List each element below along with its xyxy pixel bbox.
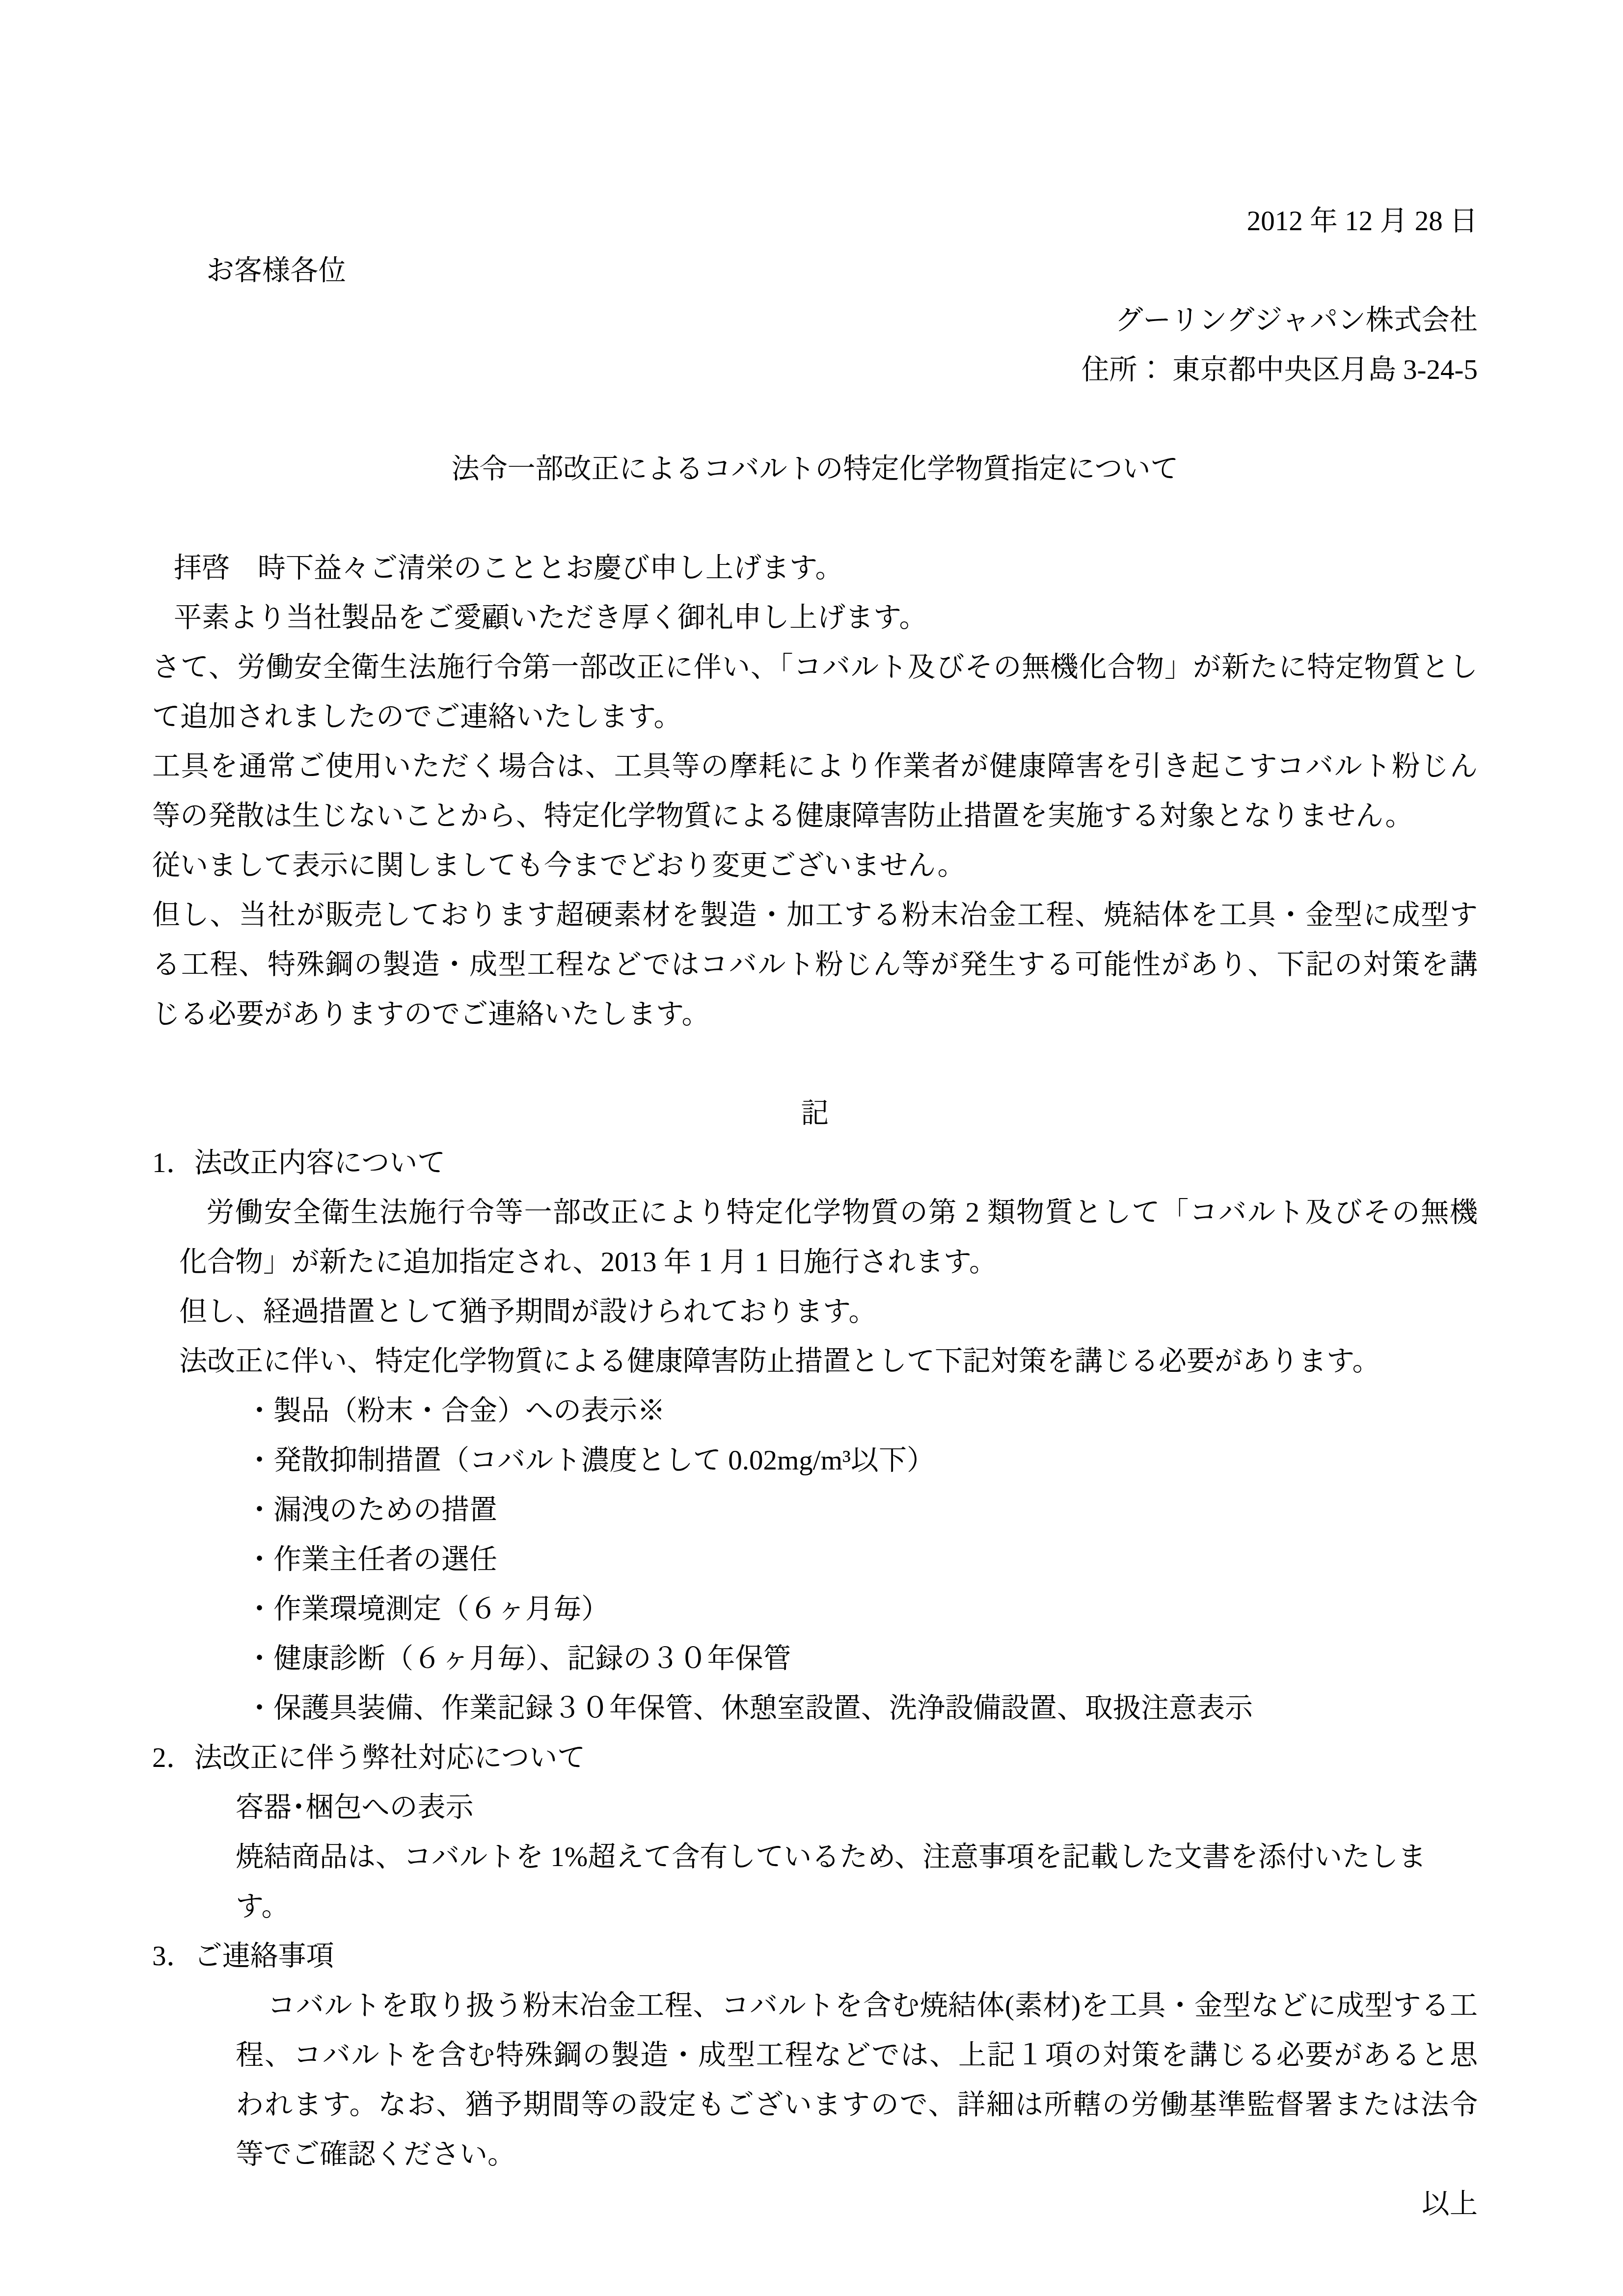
blank-line [152,395,1478,444]
section-3-line: 程、コバルトを含む特殊鋼の製造・成型工程などでは、上記１項の対策を講じる必要があ… [152,2030,1478,2080]
body-line: じる必要がありますのでご連絡いたします。 [152,989,1478,1039]
body-line: る工程、特殊鋼の製造・成型工程などではコバルト粉じん等が発生する可能性があり、下… [152,940,1478,989]
bullet-item: ・製品（粉末・合金）への表示※ [152,1386,1478,1436]
body-line: て追加されましたのでご連絡いたします。 [152,692,1478,742]
body-line: さて、労働安全衛生法施行令第一部改正に伴い、「コバルト及びその無機化合物」が新た… [152,642,1478,692]
greeting-line: 拝啓 時下益々ご清栄のこととお慶び申し上げます。 [152,543,1478,593]
blank-line [152,494,1478,543]
section-1-line: 法改正に伴い、特定化学物質による健康障害防止措置として下記対策を講じる必要があり… [152,1336,1478,1386]
body-line: 等の発散は生じないことから、特定化学物質による健康障害防止措置を実施する対象とな… [152,791,1478,841]
section-3-line: コバルトを取り扱う粉末冶金工程、コバルトを含む焼結体(素材)を工具・金型などに成… [152,1981,1478,2030]
sender-address: 住所： 東京都中央区月島 3-24-5 [152,345,1478,395]
record-marker: 記 [152,1089,1478,1138]
body-line: 従いまして表示に関しましても今までどおり変更ございません。 [152,841,1478,890]
bullet-item: ・漏洩のための措置 [152,1485,1478,1535]
body-line: 但し、当社が販売しております超硬素材を製造・加工する粉末冶金工程、焼結体を工具・… [152,890,1478,940]
section-3-line: 等でご確認ください。 [152,2130,1478,2179]
section-1-line: 但し、経過措置として猶予期間が設けられております。 [152,1287,1478,1336]
closing-label: 以上 [152,2179,1478,2229]
bullet-item: ・保護具装備、作業記録３０年保管、休憩室設置、洗浄設備設置、取扱注意表示 [152,1683,1478,1733]
bullet-item: ・発散抑制措置（コバルト濃度として 0.02mg/m³以下） [152,1436,1478,1485]
section-2-line: 容器･梱包への表示 [152,1783,1478,1832]
bullet-item: ・作業環境測定（６ヶ月毎） [152,1584,1478,1634]
document-page: 2012 年 12 月 28 日 お客様各位 グーリングジャパン株式会社 住所：… [0,0,1623,2296]
section-2-line: 焼結商品は、コバルトを 1%超えて含有しているため、注意事項を記載した文書を添付… [152,1832,1478,1931]
section-1-line: 化合物」が新たに追加指定され、2013 年 1 月 1 日施行されます。 [152,1237,1478,1287]
bullet-item: ・作業主任者の選任 [152,1535,1478,1584]
letter-date: 2012 年 12 月 28 日 [152,196,1478,246]
body-line: 工具を通常ご使用いただく場合は、工具等の摩耗により作業者が健康障害を引き起こすコ… [152,742,1478,791]
letter-title: 法令一部改正によるコバルトの特定化学物質指定について [152,444,1478,494]
section-2-heading: 2．法改正に伴う弊社対応について [152,1733,1478,1783]
bullet-item: ・健康診断（６ヶ月毎）、記録の３０年保管 [152,1634,1478,1683]
recipient: お客様各位 [152,246,1478,295]
section-1-line: 労働安全衛生法施行令等一部改正により特定化学物質の第 2 類物質として「コバルト… [152,1188,1478,1237]
section-1-heading: 1．法改正内容について [152,1138,1478,1188]
section-3-line: われます。なお、猶予期間等の設定もございますので、詳細は所轄の労働基準監督署また… [152,2080,1478,2130]
greeting-line: 平素より当社製品をご愛顧いただき厚く御礼申し上げます。 [152,593,1478,642]
sender-company: グーリングジャパン株式会社 [152,295,1478,345]
blank-line [152,1039,1478,1089]
section-3-heading: 3．ご連絡事項 [152,1931,1478,1981]
